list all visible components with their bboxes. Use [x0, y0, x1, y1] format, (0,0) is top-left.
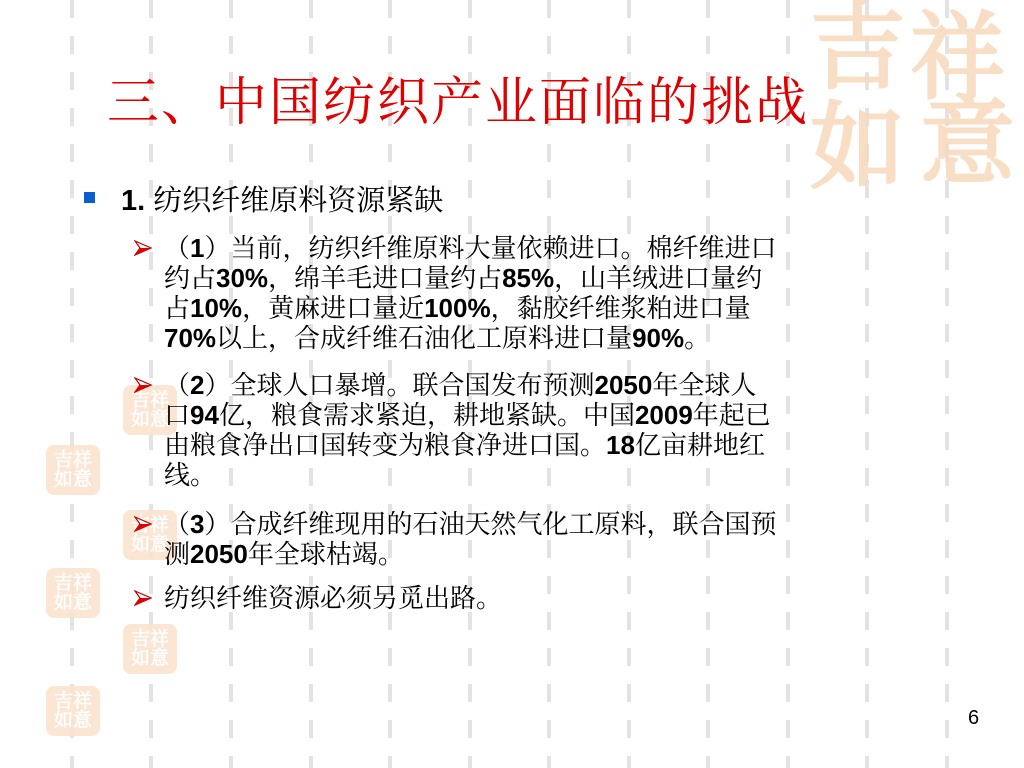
- sub-bullet-item: （2）全球人口暴增。联合国发布预测2050年全球人 口94亿，粮食需求紧迫，耕地…: [134, 370, 974, 490]
- text-line: （3）合成纤维现用的石油天然气化工原料，联合国预: [164, 509, 974, 539]
- heading-number: 1.: [121, 185, 145, 217]
- red-arrow-bullet-icon: [134, 376, 152, 394]
- text-line: （1）当前，纺织纤维原料大量依赖进口。棉纤维进口: [164, 233, 974, 263]
- seal-stamp: 吉祥如意: [46, 568, 100, 618]
- sub-bullet-item: （1）当前，纺织纤维原料大量依赖进口。棉纤维进口 约占30%，绵羊毛进口量约占8…: [134, 233, 974, 353]
- text-line: 线。: [164, 460, 974, 490]
- seal-stamp: 吉祥如意: [46, 686, 100, 736]
- slide-title: 三、中国纺织产业面临的挑战: [107, 60, 809, 135]
- text-line: 口94亿，粮食需求紧迫，耕地紧缺。中国2009年起已: [164, 400, 974, 430]
- heading-text: 纺织纤维原料资源紧缺: [153, 185, 443, 217]
- sub-bullet-text: （1）当前，纺织纤维原料大量依赖进口。棉纤维进口 约占30%，绵羊毛进口量约占8…: [164, 233, 974, 353]
- text-line: 约占30%，绵羊毛进口量约占85%，山羊绒进口量约: [164, 263, 974, 293]
- page-number: 6: [968, 707, 979, 730]
- red-arrow-bullet-icon: [134, 515, 152, 533]
- text-line: 占10%，黄麻进口量近100%，黏胶纤维浆粕进口量: [164, 293, 974, 323]
- seal-stamp: 吉祥如意: [123, 624, 177, 674]
- text-line: 测2050年全球枯竭。: [164, 539, 974, 569]
- slide: 吉 祥 如 意 吉祥如意 吉祥如意 吉祥如意 吉祥如意 吉祥如意 吉祥如意 三、…: [0, 0, 1024, 768]
- text-line: （2）全球人口暴增。联合国发布预测2050年全球人: [164, 370, 974, 400]
- text-line: 纺织纤维资源必须另觅出路。: [164, 583, 974, 613]
- sub-bullet-item: （3）合成纤维现用的石油天然气化工原料，联合国预 测2050年全球枯竭。: [134, 509, 974, 569]
- seal-stamp: 吉祥如意: [46, 445, 100, 495]
- sub-bullet-item: 纺织纤维资源必须另觅出路。: [134, 583, 974, 613]
- gridline: [70, 0, 74, 768]
- sub-bullet-text: （3）合成纤维现用的石油天然气化工原料，联合国预 测2050年全球枯竭。: [164, 509, 974, 569]
- text-line: 70%以上，合成纤维石油化工原料进口量90%。: [164, 323, 974, 353]
- text-line: 由粮食净出口国转变为粮食净进口国。18亿亩耕地红: [164, 430, 974, 460]
- red-arrow-bullet-icon: [134, 239, 152, 257]
- seal-watermark-large: 吉 祥 如 意: [800, 0, 1024, 215]
- red-arrow-bullet-icon: [134, 589, 152, 607]
- sub-bullet-text: 纺织纤维资源必须另觅出路。: [164, 583, 974, 613]
- blue-square-bullet-icon: [84, 192, 95, 203]
- bullet-heading: 1. 纺织纤维原料资源紧缺: [84, 178, 443, 219]
- sub-bullet-text: （2）全球人口暴增。联合国发布预测2050年全球人 口94亿，粮食需求紧迫，耕地…: [164, 370, 974, 490]
